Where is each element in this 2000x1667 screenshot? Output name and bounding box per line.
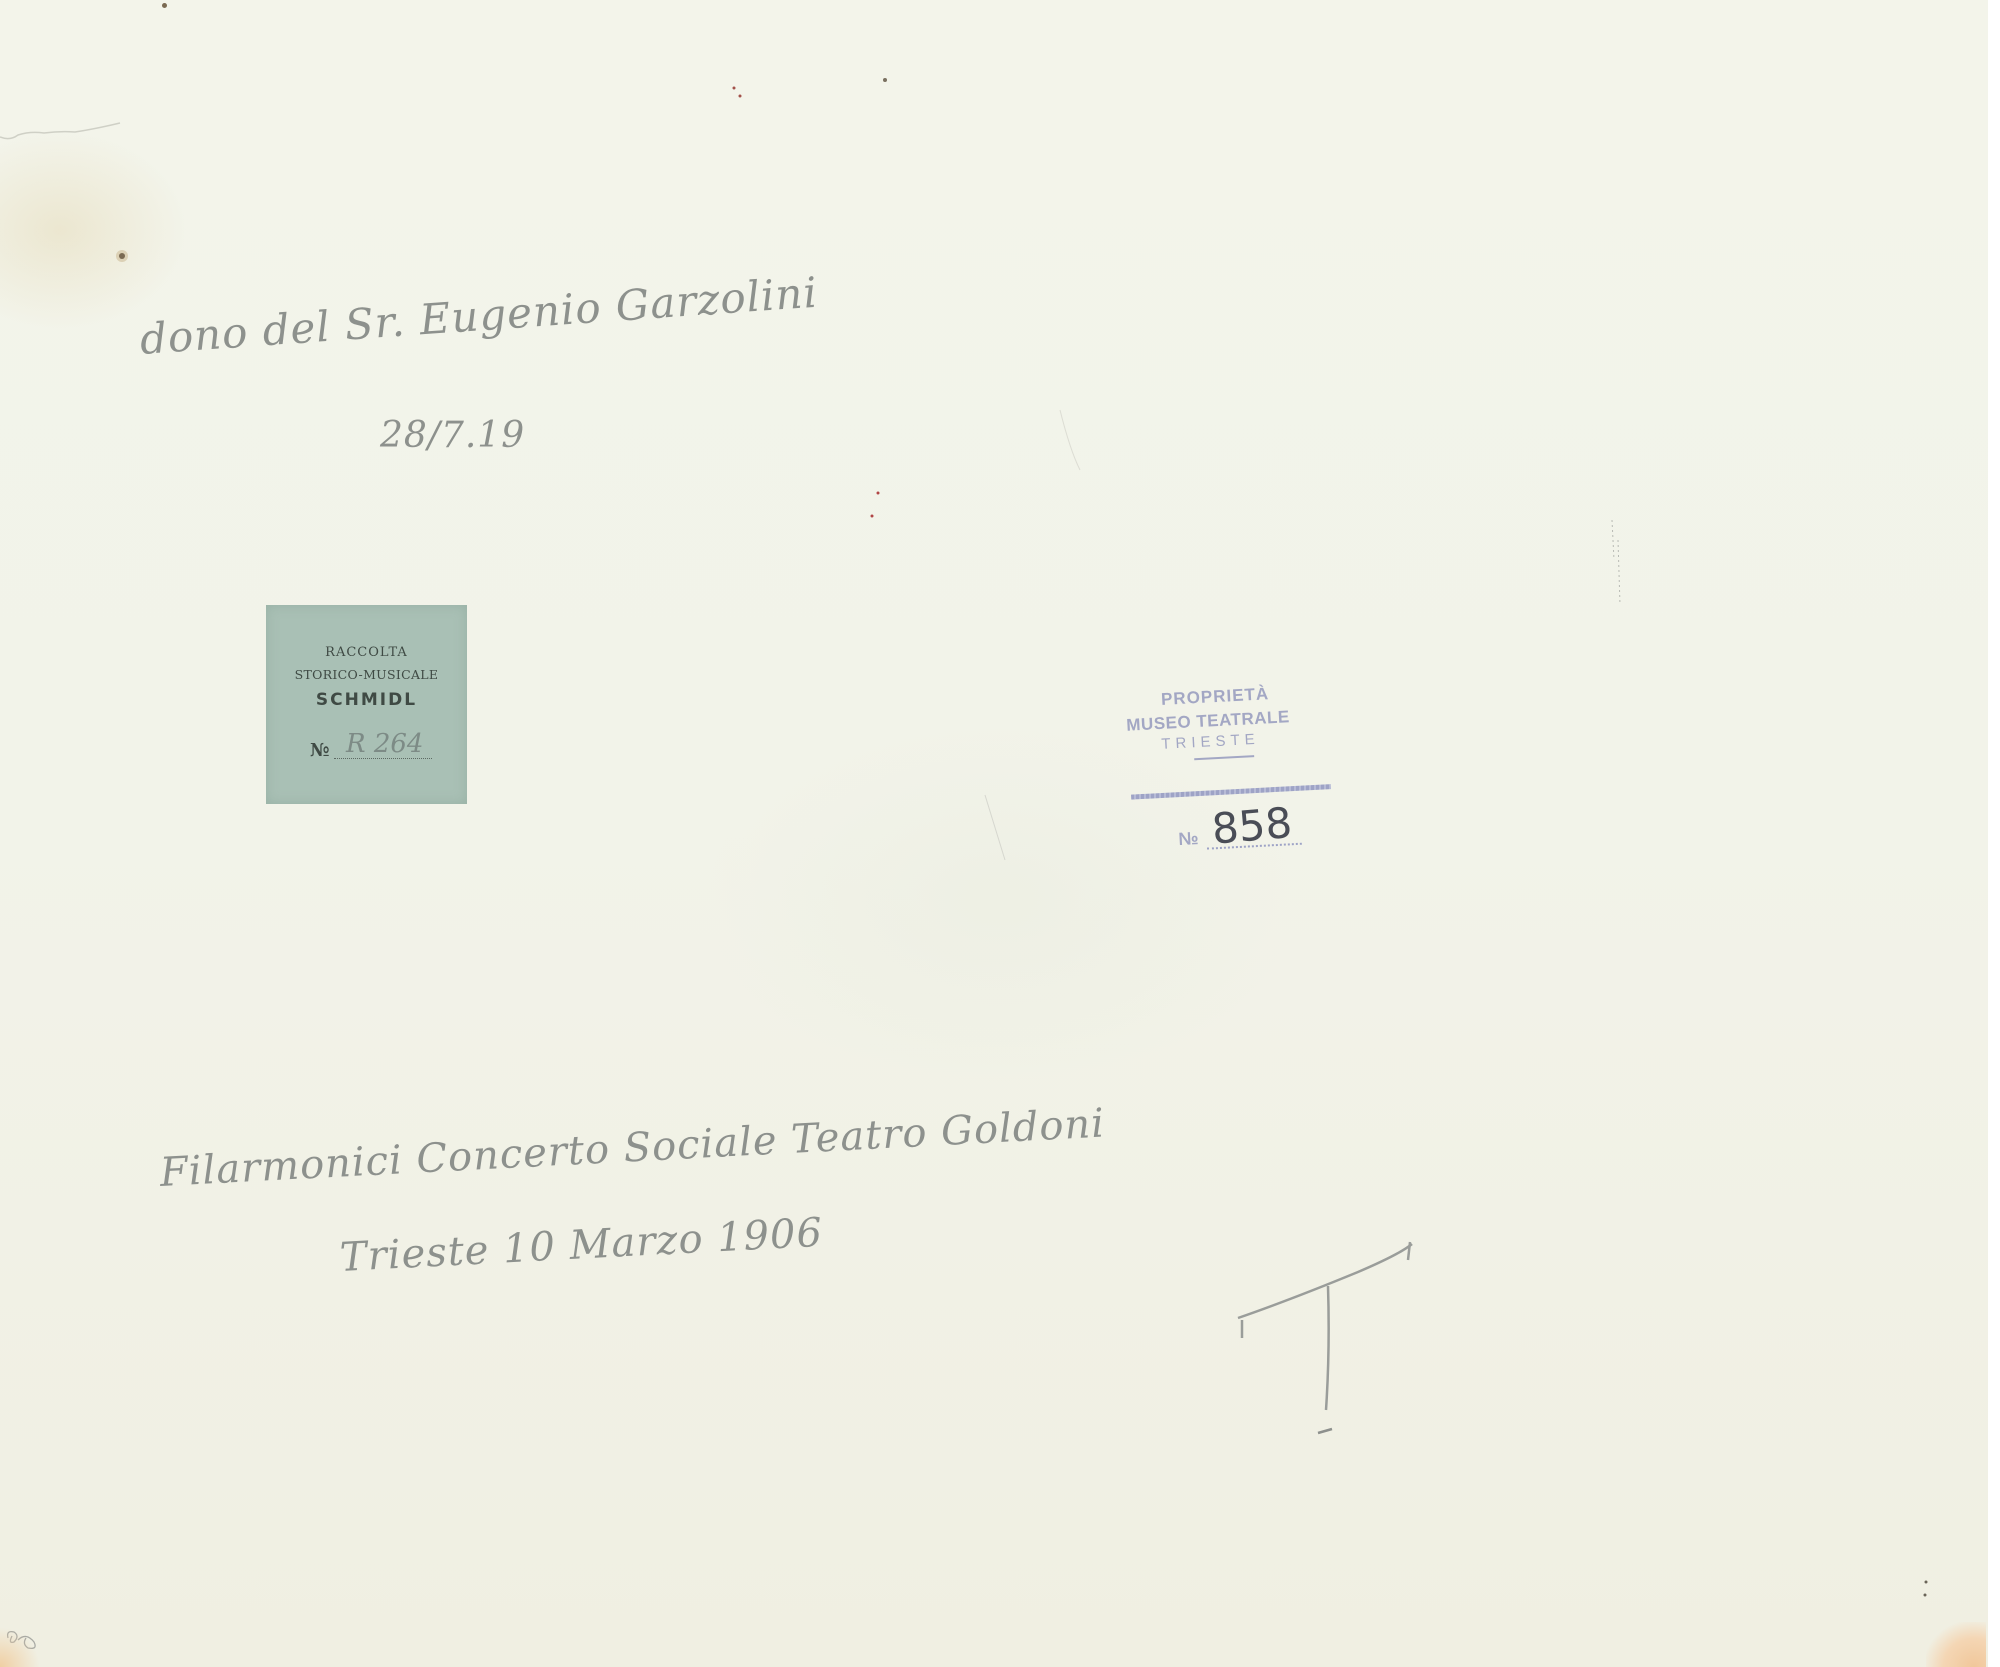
pencil-t-mark-icon: [1230, 1230, 1430, 1440]
document-sheet: dono del Sr. Eugenio Garzolini 28/7.19 R…: [0, 0, 2000, 1667]
number-symbol: №: [310, 740, 330, 761]
label-line-schmidl: SCHMIDL: [266, 690, 467, 710]
paper-marks: [0, 0, 2000, 1667]
stamp-number-symbol: №: [1178, 828, 1199, 850]
stamp-line-proprieta: PROPRIETÀ: [1161, 684, 1270, 710]
stamp-line-museo-teatrale: MUSEO TEATRALE: [1126, 707, 1290, 736]
stamp-line-trieste: TRIESTE: [1161, 731, 1260, 753]
pin-hole: [162, 3, 167, 8]
stamp-bar: [1131, 784, 1331, 799]
concert-place-date: Trieste 10 Marzo 1906: [339, 1210, 824, 1281]
donation-date: 28/7.19: [380, 415, 525, 456]
pin-hole: [119, 253, 125, 259]
corner-stain: [1926, 1622, 1986, 1667]
label-line-storico-musicale: STORICO-MUSICALE: [266, 667, 467, 682]
label-line-raccolta: RACCOLTA: [266, 645, 467, 660]
paper-crack: [0, 115, 130, 145]
stamp-number-value: 858: [1210, 798, 1294, 854]
schmidl-collection-label: RACCOLTA STORICO-MUSICALE SCHMIDL № R 26…: [266, 605, 467, 804]
stamp-rule: [1194, 755, 1254, 760]
corner-stain: [0, 1627, 40, 1667]
museum-ownership-stamp: PROPRIETÀ MUSEO TEATRALE TRIESTE № 858: [1120, 668, 1359, 860]
sheet-edge: [1988, 0, 1994, 1667]
donation-inscription: dono del Sr. Eugenio Garzolini: [138, 268, 819, 364]
label-number-value: R 264: [346, 729, 423, 759]
label-number-row: № R 264: [310, 725, 440, 765]
concert-inscription: Filarmonici Concerto Sociale Teatro Gold…: [159, 1101, 1106, 1196]
